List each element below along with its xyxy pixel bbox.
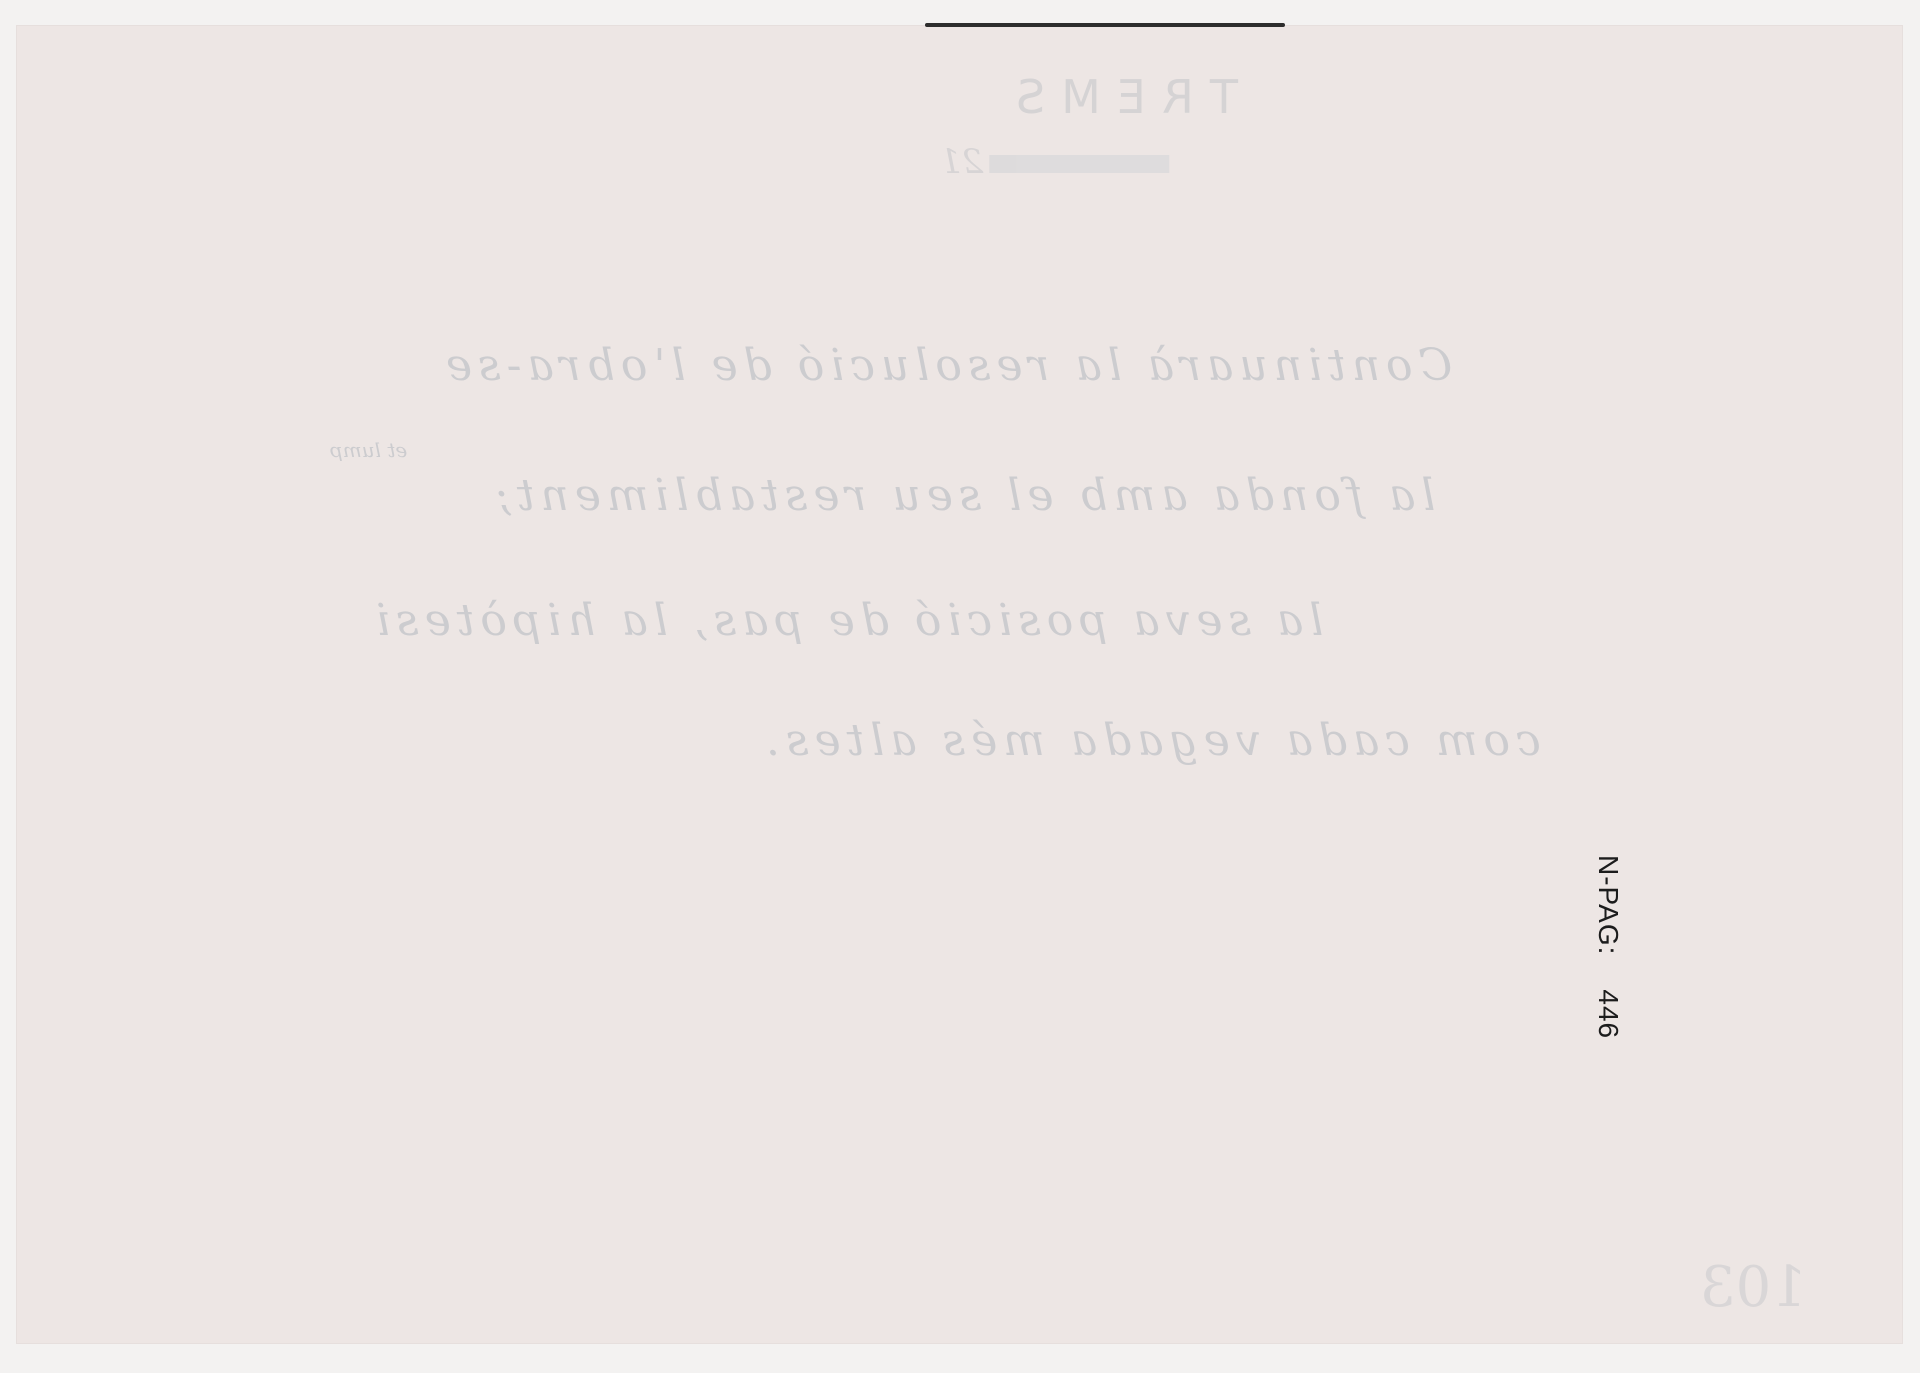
page-stamp: N-PAG:446 — [1592, 855, 1624, 1039]
top-edge-shadow — [925, 23, 1285, 27]
show-through-line-3: la seva posició de pas, la hipòtesi — [370, 595, 1323, 646]
redaction-bar — [989, 155, 1169, 173]
show-through-subheader: 21 — [940, 142, 1169, 182]
show-through-line-4: com cada vegada més altes. — [760, 715, 1541, 766]
show-through-line-2: la fonda amb el seu restabliment; — [490, 470, 1435, 521]
show-through-subheader-text: 21 — [940, 142, 983, 182]
show-through-insertion: et lump — [330, 438, 407, 462]
show-through-header: TREMS — [1000, 70, 1238, 124]
show-through-page-number: 103 — [1700, 1255, 1807, 1320]
paper-sheet — [16, 25, 1903, 1344]
show-through-line-1: Continuarà la resolució de l'obra-se — [440, 340, 1452, 391]
stamp-label: N-PAG: — [1593, 855, 1624, 955]
stamp-number: 446 — [1593, 989, 1624, 1039]
